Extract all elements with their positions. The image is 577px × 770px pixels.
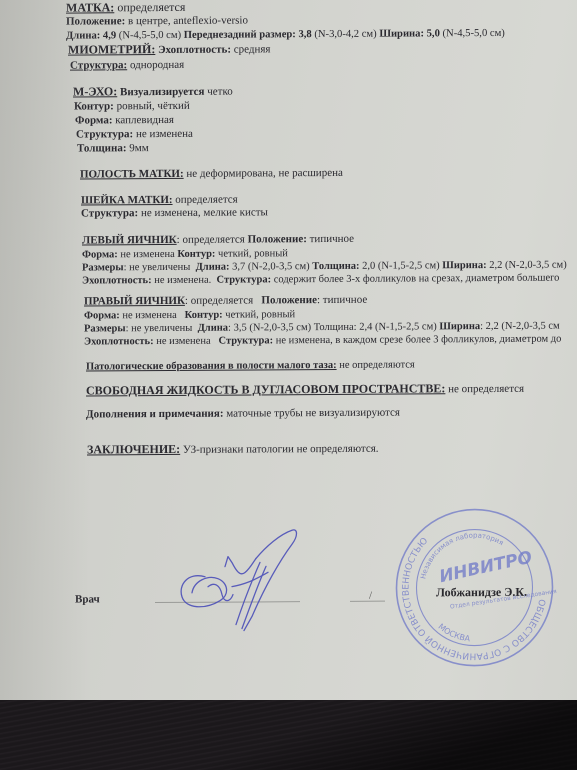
myometrium-line: МИОМЕТРИЙ: Эхоплотность: средняя xyxy=(68,42,270,57)
m-echo-visual-value: четко xyxy=(204,86,232,98)
uterus-length-label: Длина: xyxy=(66,30,100,41)
left-ovary-heading: ЛЕВЫЙ ЯИЧНИК xyxy=(82,234,177,247)
left-ovary-length-label: Длина: xyxy=(190,262,229,273)
m-echo-structure-line: Структура: не изменена xyxy=(76,128,193,142)
doctor-label: Врач xyxy=(75,593,100,606)
doctor-name: Лобжанидзе Э.К. xyxy=(436,585,527,601)
left-ovary-contour-label: Контур: xyxy=(175,249,216,260)
notes-label: Дополнения и примечания: xyxy=(86,408,224,421)
uterus-heading-line: МАТКА: определяется xyxy=(66,1,185,15)
conclusion-heading: ЗАКЛЮЧЕНИЕ: xyxy=(87,442,180,457)
left-ovary-width-label: Ширина: xyxy=(440,260,487,271)
right-ovary-echo-label: Эхоплотность: xyxy=(84,336,154,347)
uterus-width-value: 5,0 xyxy=(424,28,440,39)
right-ovary-position-label: Положение xyxy=(253,294,317,306)
uterus-size-line: Длина: 4,9 (N-4,5-5,0 см) Переднезадний … xyxy=(66,27,505,43)
right-ovary-shape-line: Форма: не изменена Контур: четкий, ровны… xyxy=(84,308,295,322)
uterus-ap-label: Переднезадний размер: xyxy=(181,29,296,41)
right-ovary-status: : определяется xyxy=(185,294,253,306)
left-ovary-echo-value: не изменена. xyxy=(152,275,212,286)
cervix-structure-line: Структура: не изменена, мелкие кисты xyxy=(81,206,268,220)
left-ovary-echo-label: Эхоплотность: xyxy=(82,275,152,286)
cervix-line: ШЕЙКА МАТКИ: определяется xyxy=(81,194,238,208)
name-underline xyxy=(350,601,385,602)
right-ovary-shape-value: не изменена xyxy=(120,310,177,321)
m-echo-heading-line: М-ЭХО: Визуализируется четко xyxy=(73,85,233,100)
myometrium-echo-label: Эхоплотность: xyxy=(155,44,231,56)
left-ovary-structure-label: Структура: xyxy=(211,274,271,285)
notes-line: Дополнения и примечания: маточные трубы … xyxy=(86,407,400,422)
uterine-cavity-value: не деформирована, не расширена xyxy=(184,167,343,180)
uterus-position-label: Положение: xyxy=(66,15,125,27)
notes-value: маточные трубы не визуализируются xyxy=(224,407,400,420)
m-echo-thickness-line: Толщина: 9мм xyxy=(77,142,149,155)
m-echo-shape-label: Форма: xyxy=(75,114,112,126)
left-ovary-shape-value: не изменена xyxy=(118,249,175,260)
right-ovary-size-value: : не увеличены xyxy=(126,323,193,334)
m-echo-heading: М-ЭХО: xyxy=(73,84,117,98)
right-ovary-contour-value: четкий, ровный xyxy=(223,309,296,320)
left-ovary-length-value: 3,7 (N-2,0-3,5 см) xyxy=(230,261,310,272)
stamp-center-text: ИНВИТРО xyxy=(438,548,534,588)
m-echo-contour-value: ровный, чёткий xyxy=(114,100,190,112)
myometrium-structure-line: Структура: однородная xyxy=(70,59,184,73)
myometrium-heading: МИОМЕТРИЙ: xyxy=(68,42,155,57)
uterus-position-line: Положение: в центре, anteflexio-versio xyxy=(66,14,248,28)
left-ovary-contour-value: четкий, ровный xyxy=(215,248,288,259)
uterus-length-value: 4,9 xyxy=(100,30,116,41)
uterus-width-norm: (N-4,5-5,0 см) xyxy=(440,28,505,39)
right-ovary-heading: ПРАВЫЙ ЯИЧНИК xyxy=(84,295,185,308)
right-ovary-length-label: Длина xyxy=(192,323,228,334)
right-ovary-size-label: Размеры xyxy=(84,323,126,334)
free-fluid-heading: СВОБОДНАЯ ЖИДКОСТЬ В ДУГЛАСОВОМ ПРОСТРАН… xyxy=(86,381,445,397)
handwritten-signature-icon xyxy=(170,526,315,637)
m-echo-structure-label: Структура: xyxy=(76,128,133,140)
pathology-value: не определяются xyxy=(337,359,415,370)
left-ovary-position-label: Положение: xyxy=(245,233,307,245)
uterus-ap-norm: (N-3,0-4,2 см) xyxy=(312,29,377,40)
free-fluid-line: СВОБОДНАЯ ЖИДКОСТЬ В ДУГЛАСОВОМ ПРОСТРАН… xyxy=(86,382,524,399)
right-ovary-shape-label: Форма: xyxy=(84,310,120,321)
myometrium-structure-value: однородная xyxy=(127,59,184,71)
m-echo-shape-value: каплевидная xyxy=(112,114,173,126)
left-ovary-heading-line: ЛЕВЫЙ ЯИЧНИК: определяется Положение: ти… xyxy=(82,233,354,248)
left-ovary-position-value: типичное xyxy=(307,233,354,245)
svg-text:МОСКВА: МОСКВА xyxy=(436,622,471,644)
myometrium-structure-label: Структура: xyxy=(70,59,127,71)
right-ovary-contour-label: Контур: xyxy=(177,310,223,321)
m-echo-visual-label: Визуализируется xyxy=(117,86,204,99)
m-echo-structure-value: не изменена xyxy=(133,128,193,140)
right-ovary-structure-value: не изменена, в каждом срезе более 3 фолл… xyxy=(273,334,561,347)
m-echo-shape-line: Форма: каплевидная xyxy=(75,114,174,128)
left-ovary-echo-line: Эхоплотность: не изменена. Структура: со… xyxy=(82,272,559,288)
left-ovary-shape-label: Форма: xyxy=(82,249,118,260)
right-ovary-position-value: : типичное xyxy=(317,294,367,306)
right-ovary-width-label: Ширина xyxy=(437,321,480,332)
m-echo-contour-line: Контур: ровный, чёткий xyxy=(74,100,190,114)
stamp-bottom-text: МОСКВА xyxy=(436,622,471,644)
right-ovary-echo-line: Эхоплотность: не изменена Структура: не … xyxy=(84,333,561,349)
uterine-cavity-line: ПОЛОСТЬ МАТКИ: не деформирована, не расш… xyxy=(80,167,343,182)
m-echo-thickness-value: 9мм xyxy=(127,142,149,154)
m-echo-contour-label: Контур: xyxy=(74,100,114,112)
cervix-value: определяется xyxy=(173,194,238,206)
conclusion-line: ЗАКЛЮЧЕНИЕ: УЗ-признаки патологии не опр… xyxy=(87,442,379,458)
left-ovary-thickness-label: Толщина: xyxy=(310,261,360,272)
uterus-status: определяется xyxy=(114,0,185,14)
right-ovary-length-value: : 3,5 (N-2,0-3,5 см) Толщина: 2,4 (N-1,5… xyxy=(228,321,437,333)
document-page: МАТКА: определяется Положение: в центре,… xyxy=(0,0,577,706)
pathology-line: Патологические образования в полости мал… xyxy=(86,358,415,373)
left-ovary-status: : определяется xyxy=(177,234,245,246)
free-fluid-value: не определяется xyxy=(445,383,524,395)
cervix-structure-value: не изменена, мелкие кисты xyxy=(138,206,268,219)
background-fabric xyxy=(0,700,577,770)
cervix-heading: ШЕЙКА МАТКИ: xyxy=(81,194,173,207)
right-ovary-structure-label: Структура: xyxy=(211,335,273,346)
myometrium-echo-value: средняя xyxy=(231,43,270,55)
left-ovary-width-value: 2,2 (N-2,0-3,5 см) xyxy=(487,260,567,271)
uterus-length-norm: (N-4,5-5,0 см) xyxy=(116,30,181,41)
left-ovary-size-value: : не увеличены xyxy=(124,262,191,273)
uterus-position-value: в центре, anteflexio-versio xyxy=(125,14,248,27)
left-ovary-size-label: Размеры xyxy=(82,262,124,273)
right-ovary-heading-line: ПРАВЫЙ ЯИЧНИК: определяется Положение: т… xyxy=(84,294,367,309)
uterine-cavity-heading: ПОЛОСТЬ МАТКИ: xyxy=(80,168,184,181)
pathology-heading: Патологические образования в полости мал… xyxy=(86,360,337,373)
right-ovary-width-value: : 2,2 (N-2,0-3,5 см xyxy=(480,321,560,332)
m-echo-thickness-label: Толщина: xyxy=(77,142,127,154)
signature-separator: / xyxy=(369,590,372,603)
conclusion-value: УЗ-признаки патологии не определяются. xyxy=(180,443,378,456)
cervix-structure-label: Структура: xyxy=(81,207,138,219)
left-ovary-shape-line: Форма: не изменена Контур: четкий, ровны… xyxy=(82,247,288,261)
uterus-ap-value: 3,8 xyxy=(296,29,312,40)
left-ovary-thickness-value: 2,0 (N-1,5-2,5 см) xyxy=(360,260,440,271)
uterus-heading: МАТКА: xyxy=(66,0,114,14)
left-ovary-structure-value: содержит более 3-х фолликулов на срезах,… xyxy=(271,273,559,286)
right-ovary-echo-value: не изменена xyxy=(154,336,211,347)
uterus-width-label: Ширина: xyxy=(377,28,424,39)
